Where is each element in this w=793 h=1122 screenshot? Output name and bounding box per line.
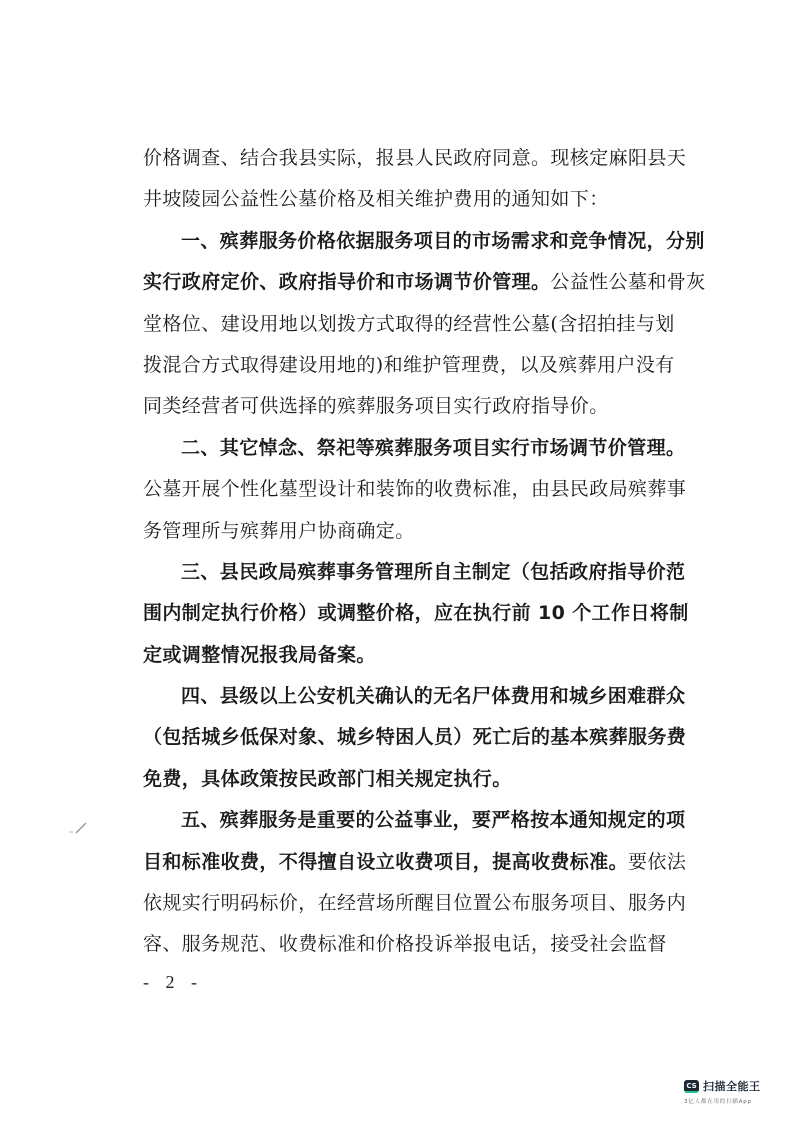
text-segment: 拨混合方式取得建设用地的)和维护管理费，以及殡葬用户没有 xyxy=(143,354,675,376)
text-line: 目和标准收费，不得擅自设立收费项目，提高收费标准。要依法 xyxy=(143,842,665,883)
text-segment: 务管理所与殡葬用户协商确定。 xyxy=(143,520,415,542)
bold-text-segment: 实行政府定价、政府指导价和市场调节价管理。 xyxy=(143,271,550,293)
text-segment: 堂格位、建设用地以划拨方式取得的经营性公墓(含招拍挂与划 xyxy=(143,313,675,335)
text-segment: 要依法 xyxy=(628,851,686,873)
bold-text-segment: 五、殡葬服务是重要的公益事业，要严格按本通知规定的项 xyxy=(181,809,685,831)
text-line: 二、其它悼念、祭祀等殡葬服务项目实行市场调节价管理。 xyxy=(143,428,665,469)
text-line: 围内制定执行价格）或调整价格，应在执行前 10 个工作日将制 xyxy=(143,593,665,634)
bold-text-segment: 一、殡葬服务价格依据服务项目的市场需求和竞争情况，分别 xyxy=(181,230,705,252)
text-line: 五、殡葬服务是重要的公益事业，要严格按本通知规定的项 xyxy=(143,800,665,841)
text-segment: 容、服务规范、收费标准和价格投诉举报电话，接受社会监督 xyxy=(143,933,667,955)
bold-text-segment: 围内制定执行价格）或调整价格，应在执行前 10 个工作日将制 xyxy=(143,602,689,624)
text-line: 免费，具体政策按民政部门相关规定执行。 xyxy=(143,759,665,800)
document-page: 价格调查、结合我县实际，报县人民政府同意。现核定麻阳县天井坡陵园公益性公墓价格及… xyxy=(0,0,793,1122)
bold-text-segment: 二、其它悼念、祭祀等殡葬服务项目实行市场调节价管理。 xyxy=(181,437,685,459)
text-line: 依规实行明码标价，在经营场所醒目位置公布服务项目、服务内 xyxy=(143,883,665,924)
text-line: 一、殡葬服务价格依据服务项目的市场需求和竞争情况，分别 xyxy=(143,221,665,262)
bold-text-segment: 定或调整情况报我局备案。 xyxy=(143,644,376,666)
text-line: 拨混合方式取得建设用地的)和维护管理费，以及殡葬用户没有 xyxy=(143,345,665,386)
camscanner-watermark: CS 扫描全能王 3亿人都在用的扫描App xyxy=(684,1078,789,1114)
text-segment: 依规实行明码标价，在经营场所醒目位置公布服务项目、服务内 xyxy=(143,892,686,914)
text-line: 务管理所与殡葬用户协商确定。 xyxy=(143,511,665,552)
text-line: （包括城乡低保对象、城乡特困人员）死亡后的基本殡葬服务费 xyxy=(143,717,665,758)
text-line: 价格调查、结合我县实际，报县人民政府同意。现核定麻阳县天 xyxy=(143,138,665,179)
text-line: 同类经营者可供选择的殡葬服务项目实行政府指导价。 xyxy=(143,386,665,427)
camscanner-logo-icon: CS xyxy=(684,1080,699,1093)
bold-text-segment: 免费，具体政策按民政部门相关规定执行。 xyxy=(143,768,512,790)
bold-text-segment: 目和标准收费，不得擅自设立收费项目，提高收费标准。 xyxy=(143,851,628,873)
text-line: 三、县民政局殡葬事务管理所自主制定（包括政府指导价范 xyxy=(143,552,665,593)
text-line: 公墓开展个性化墓型设计和装饰的收费标准，由县民政局殡葬事 xyxy=(143,469,665,510)
page-number: - 2 - xyxy=(143,972,203,993)
bold-text-segment: 四、县级以上公安机关确认的无名尸体费用和城乡困难群众 xyxy=(181,685,685,707)
text-segment: 价格调查、结合我县实际，报县人民政府同意。现核定麻阳县天 xyxy=(143,147,686,169)
bold-text-segment: （包括城乡低保对象、城乡特困人员）死亡后的基本殡葬服务费 xyxy=(143,726,686,748)
text-segment: 同类经营者可供选择的殡葬服务项目实行政府指导价。 xyxy=(143,395,609,417)
scan-artifact-mark xyxy=(66,818,90,838)
text-line: 四、县级以上公安机关确认的无名尸体费用和城乡困难群众 xyxy=(143,676,665,717)
text-line: 容、服务规范、收费标准和价格投诉举报电话，接受社会监督 xyxy=(143,924,665,965)
text-segment: 公墓开展个性化墓型设计和装饰的收费标准，由县民政局殡葬事 xyxy=(143,478,686,500)
text-line: 堂格位、建设用地以划拨方式取得的经营性公墓(含招拍挂与划 xyxy=(143,304,665,345)
text-segment: 公益性公墓和骨灰 xyxy=(550,271,705,293)
text-segment: 井坡陵园公益性公墓价格及相关维护费用的通知如下： xyxy=(143,188,609,210)
bold-text-segment: 三、县民政局殡葬事务管理所自主制定（包括政府指导价范 xyxy=(181,561,685,583)
document-body: 价格调查、结合我县实际，报县人民政府同意。现核定麻阳县天井坡陵园公益性公墓价格及… xyxy=(143,138,665,966)
text-line: 井坡陵园公益性公墓价格及相关维护费用的通知如下： xyxy=(143,179,665,220)
watermark-tagline: 3亿人都在用的扫描App xyxy=(684,1097,789,1105)
text-line: 实行政府定价、政府指导价和市场调节价管理。公益性公墓和骨灰 xyxy=(143,262,665,303)
watermark-app-name: 扫描全能王 xyxy=(703,1078,761,1094)
text-line: 定或调整情况报我局备案。 xyxy=(143,635,665,676)
